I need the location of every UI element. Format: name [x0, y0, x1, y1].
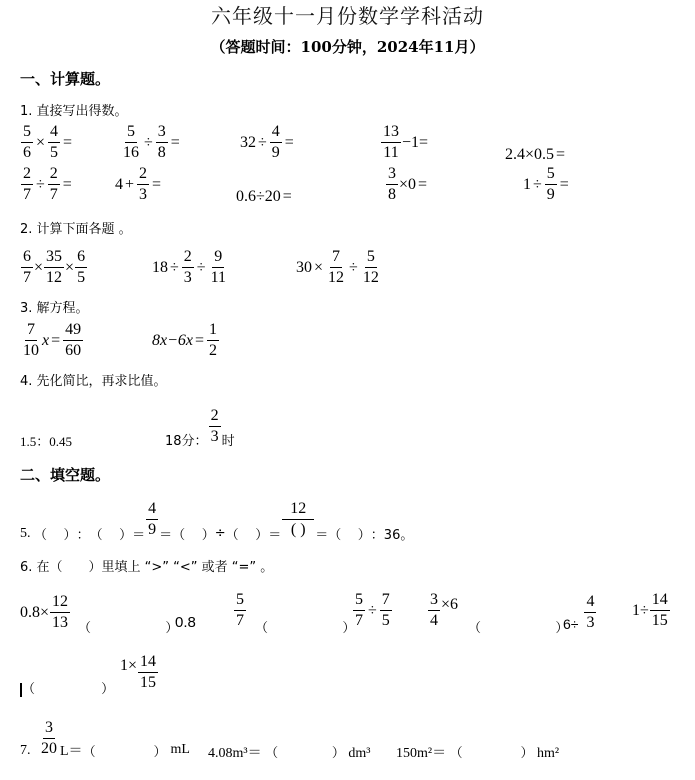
answer-blank[interactable]: （ ）	[83, 741, 167, 760]
q1-item-9: 38 ×0 =	[385, 166, 429, 203]
compare-blank-1[interactable]: （ ）	[78, 617, 178, 636]
q2-item-1: 67 × 3512 × 65	[20, 249, 88, 286]
section-heading-fill: 二、填空题。	[20, 464, 110, 485]
q6-item-2-left: 57	[233, 592, 247, 629]
q6-item-3-right: 6÷ 43	[563, 592, 597, 632]
q4-item-2: 18分 ： 23 时	[165, 404, 235, 449]
q2-item-3: 30 × 712 ÷ 512	[296, 249, 382, 286]
answer-blank[interactable]: ( )	[289, 520, 308, 538]
q6-item-4-right: 1× 1415	[120, 654, 159, 691]
question-2-label: 2. 计算下面各题 。	[20, 218, 132, 237]
q6-item-2-right: 57 ÷ 75	[352, 592, 393, 629]
q7-item-3: 150m²＝ （ ） hm²	[396, 742, 559, 762]
q5-row: 5. （ ） ： （ ） ＝ 49 ＝ （ ） ÷ （ ） ＝ 12( ) ＝ …	[20, 496, 413, 543]
page-title: 六年级十一月份数学学科活动	[0, 0, 695, 29]
q1-item-4: 1311 −1 =	[380, 124, 428, 161]
compare-blank-2[interactable]: （ ）	[255, 617, 355, 636]
question-3-label: 3. 解方程。	[20, 297, 89, 316]
answer-blank[interactable]: （ ）	[34, 524, 77, 543]
q1-item-10: 1 ÷ 59 =	[523, 166, 571, 203]
answer-blank[interactable]: （ ）	[450, 746, 534, 761]
q6-item-3-left: 34 ×6	[427, 592, 458, 629]
q3-item-2: 8x−6x = 12	[152, 322, 220, 359]
q2-item-2: 18 ÷ 23 ÷ 911	[152, 249, 229, 286]
compare-blank-4[interactable]: （ ）	[20, 678, 114, 697]
q6-item-1: 0.8× 1213	[20, 594, 71, 631]
page-subtitle: （答题时间：100分钟，2024年11月）	[0, 36, 695, 57]
answer-blank[interactable]: （ ）	[226, 524, 269, 543]
q6-item-4-left: 1÷ 1415	[632, 592, 671, 629]
q1-item-7: 4 + 23 =	[115, 166, 163, 203]
q4-item-1: 1.5：0.45	[20, 431, 72, 450]
question-6-label: 6. 在（ ）里填上 “>” “<” 或者 “=” 。	[20, 556, 273, 575]
q7-item-1: 320 L＝ （ ） mL	[38, 716, 190, 760]
section-heading-calc: 一、计算题。	[20, 68, 110, 89]
answer-blank[interactable]: （ ）	[328, 524, 371, 543]
q7-item-2: 4.08m³＝ （ ） dm³	[208, 742, 370, 762]
q1-item-6: 27 ÷ 27 =	[20, 166, 74, 203]
compare-blank-3[interactable]: （ ）	[468, 617, 568, 636]
q1-item-1: 56 × 45 =	[20, 124, 74, 161]
q7-prefix: 7.	[20, 743, 31, 759]
question-4-label: 4. 先化简比，再求比值。	[20, 370, 167, 389]
answer-blank[interactable]: （ ）	[265, 746, 345, 761]
q3-item-1: 710 x = 4960	[20, 322, 84, 359]
answer-blank[interactable]: （ ）	[90, 524, 133, 543]
q1-item-2: 516 ÷ 38 =	[120, 124, 182, 161]
q1-item-5: 2.4×0.5 =	[505, 146, 567, 164]
q1-item-3: 32 ÷ 49 =	[240, 124, 296, 161]
q1-item-8: 0.6÷20 =	[236, 188, 294, 206]
question-1-label: 1. 直接写出得数。	[20, 100, 128, 119]
answer-blank[interactable]: （ ）	[172, 524, 215, 543]
q6-item-1-right: 0.8	[175, 614, 196, 631]
